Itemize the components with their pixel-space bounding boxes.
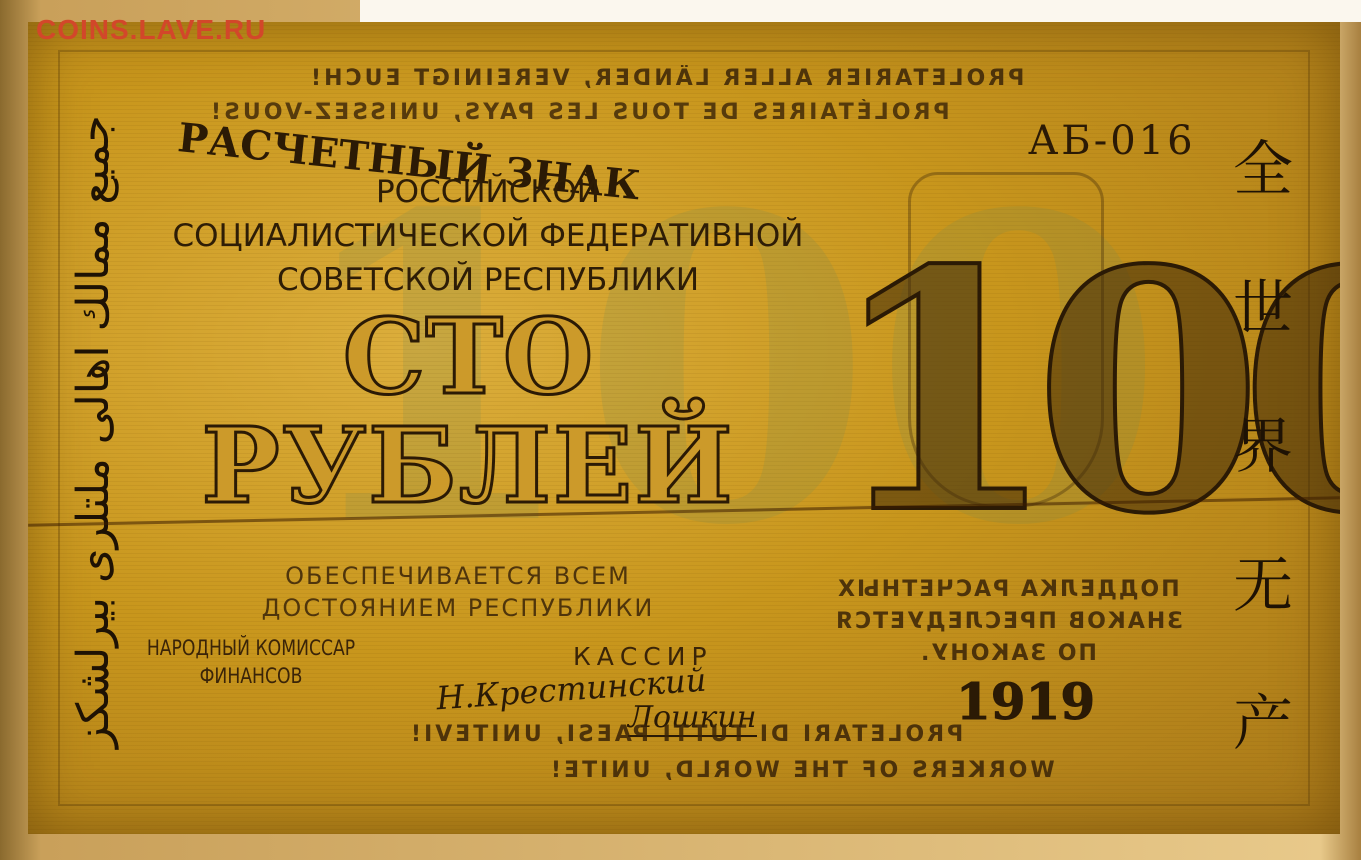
counterfeit-warning: ПОДДЕЛКА РАСЧЕТНЫХ ЗНАКОВ ПРЕСЛЕДУЕТСЯ П… — [818, 574, 1198, 670]
denomination-word: СТО — [178, 302, 758, 411]
motto-french: PROLÉTAIRES DE TOUS LES PAYS, UNISSEZ-VO… — [208, 100, 950, 125]
warning-line: ПО ЗАКОНУ. — [919, 638, 1097, 670]
commissar-caption: НАРОДНЫЙ КОМИССАР ФИНАНСОВ — [128, 634, 374, 690]
banknote: 100 PROLETARIER ALLER LÄNDER, VEREINIGT … — [28, 22, 1340, 834]
motto-german: PROLETARIER ALLER LÄNDER, VEREINIGT EUCH… — [308, 66, 1024, 91]
denomination-words: СТО РУБЛЕЙ — [178, 302, 758, 520]
guarantee-line: ОБЕСПЕЧИВАЕТСЯ ВСЕМ — [198, 560, 718, 592]
chinese-char: 界 — [1233, 399, 1293, 485]
issuer-line: РОССИЙСКОЙ — [138, 170, 838, 214]
warning-line: ПОДДЕЛКА РАСЧЕТНЫХ — [836, 574, 1180, 606]
denomination-word: РУБЛЕЙ — [178, 411, 758, 520]
issue-year: 1919 — [956, 672, 1095, 731]
commissar-line: ФИНАНСОВ — [128, 662, 374, 690]
chinese-char: 无 — [1233, 538, 1293, 624]
chinese-char: 产 — [1233, 676, 1293, 762]
motto-italian: PROLETARI DI TUTTI PAESI, UNITEVI! — [408, 722, 963, 747]
issuer-text: РОССИЙСКОЙ СОЦИАЛИСТИЧЕСКОЙ ФЕДЕРАТИВНОЙ… — [138, 170, 838, 302]
motto-english: WORKERS OF THE WORLD, UNITE! — [548, 758, 1055, 783]
side-inscription-chinese: 全 世 界 无 产 — [1218, 122, 1308, 762]
guarantee-line: ДОСТОЯНИЕМ РЕСПУБЛИКИ — [198, 592, 718, 624]
commissar-line: НАРОДНЫЙ КОМИССАР — [128, 634, 374, 662]
issuer-line: СОЦИАЛИСТИЧЕСКОЙ ФЕДЕРАТИВНОЙ — [138, 214, 838, 258]
serial-number: АБ-016 — [1028, 118, 1196, 164]
chinese-char: 全 — [1233, 122, 1293, 208]
chinese-char: 世 — [1233, 261, 1293, 347]
site-watermark: COINS.LAVE.RU — [36, 14, 266, 46]
white-margin — [360, 0, 1361, 22]
warning-line: ЗНАКОВ ПРЕСЛЕДУЕТСЯ — [834, 606, 1183, 638]
side-inscription-arabic: جميع ممالك اهالى ملتلرى بيرلشكز — [68, 102, 158, 762]
guarantee-text: ОБЕСПЕЧИВАЕТСЯ ВСЕМ ДОСТОЯНИЕМ РЕСПУБЛИК… — [198, 560, 718, 624]
